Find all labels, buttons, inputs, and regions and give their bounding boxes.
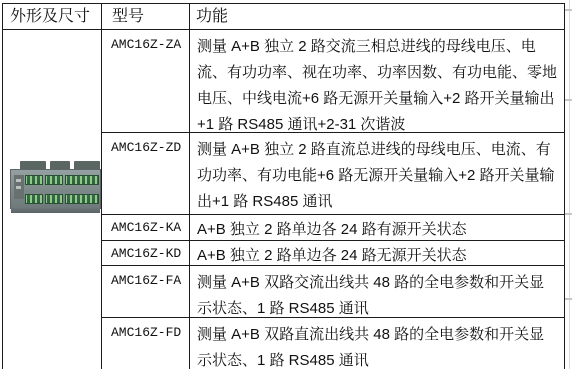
- product-spec-table: 外形及尺寸 型号 功能 AMC16Z-ZA 测量 A+B 独立 2 路交流三相总…: [0, 0, 572, 369]
- function-cell: A+B 独立 2 路单边各 24 路无源开关状态: [190, 240, 561, 265]
- model-cell: AMC16Z-FA: [102, 265, 195, 288]
- terminal-block: [45, 194, 63, 204]
- terminal-block: [25, 175, 43, 185]
- function-cell: 测量 A+B 双路交流出线共 48 路的全电参数和开关显示状态、1 路 RS48…: [190, 265, 561, 318]
- terminal-strip: [65, 194, 99, 204]
- gridline-tick: [565, 9, 572, 11]
- function-cell: 测量 A+B 双路直流出线共 48 路的全电参数和开关显示状态、1 路 RS48…: [190, 317, 561, 369]
- model-cell: AMC16Z-FD: [102, 317, 195, 340]
- device-photo: [10, 161, 101, 213]
- model-cell: AMC16Z-KD: [102, 240, 195, 261]
- device-body: [10, 169, 101, 209]
- table-border-right: [564, 3, 565, 369]
- model-cell: AMC16Z-KA: [102, 214, 195, 235]
- gridline-tick: [565, 213, 572, 215]
- header-function: 功能: [196, 7, 228, 27]
- table-border-top: [2, 3, 565, 4]
- terminal-strip: [65, 175, 99, 185]
- function-cell: 测量 A+B 独立 2 路交流三相总进线的母线电压、电流、有功功率、视在功率、功…: [190, 29, 561, 132]
- model-cell: AMC16Z-ZA: [102, 29, 195, 52]
- terminal-block: [45, 175, 63, 185]
- page-edge-line: [569, 0, 570, 369]
- device-base: [11, 208, 100, 213]
- column-divider: [101, 3, 102, 369]
- header-shape-size: 外形及尺寸: [10, 7, 90, 27]
- function-cell: 测量 A+B 独立 2 路直流总进线的母线电压、电流、有功功率、有功电能+6 路…: [190, 132, 561, 215]
- table-border-left: [2, 3, 3, 369]
- device-display-panel: [14, 175, 24, 199]
- terminal-block: [25, 194, 43, 204]
- gridline-tick: [565, 298, 572, 300]
- model-cell: AMC16Z-ZD: [102, 132, 195, 155]
- header-model: 型号: [112, 7, 144, 27]
- function-cell: A+B 独立 2 路单边各 24 路有源开关状态: [190, 214, 561, 239]
- gridline-tick: [565, 99, 572, 101]
